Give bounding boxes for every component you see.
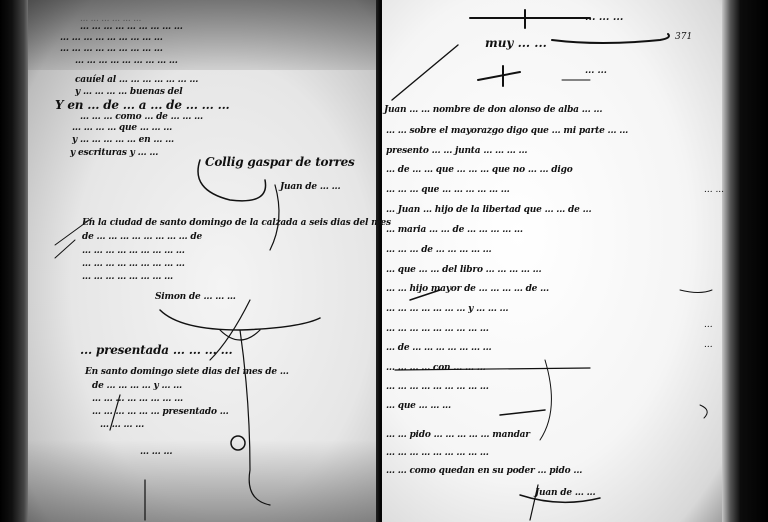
text-line: Juan ... ... nombre de don alonso de alb… (384, 105, 602, 115)
text-line: presento ... ... junta ... ... ... ... (386, 146, 527, 156)
signature-right: Juan de ... ... (535, 488, 595, 498)
text-line: ... ... ... ... que ... ... ... (72, 123, 172, 133)
text-line: ... ... ... ... ... ... ... ... (82, 272, 173, 282)
text-line: ... ... ... ... con ... ... ... (386, 363, 486, 373)
text-line: ... ... ... ... ... ... ... ... ... (82, 259, 185, 269)
right-heading: muy ... ... (485, 36, 547, 50)
signature-simon: Simon de ... ... ... (155, 292, 236, 302)
text-line: ... que ... ... ... (386, 401, 451, 411)
text-line: ... ... ... ... ... ... ... ... ... (80, 22, 183, 32)
text-line: ... ... hijo mayor de ... ... ... ... de… (386, 284, 549, 294)
text-line: ... que ... ... del libro ... ... ... ..… (386, 265, 541, 275)
left-heading-presentada: ... presentada ... ... ... ... (80, 343, 233, 357)
text-line: ... ... sobre el mayorazgo digo que ... … (386, 126, 628, 136)
text-line: ... ... ... ... ... ... ... ... ... (386, 382, 489, 392)
text-line: ... ... ... ... ... ... ... ... ... (75, 56, 178, 66)
text-line: ... ... pido ... ... ... ... ... mandar (386, 430, 530, 440)
text-line: ... ... ... que ... ... ... ... ... ... (386, 185, 510, 195)
text-line: ... ... ... ... ... ... ... ... ... (386, 324, 489, 334)
text-line: cauíel al ... ... ... ... ... ... ... (75, 75, 198, 85)
signature-gaspar: Collig gaspar de torres (205, 155, 355, 169)
left-book-edge (0, 0, 30, 522)
left-page-stain-bottom (28, 440, 382, 522)
text-line: ... ... ... ... ... ... ... ... (92, 394, 183, 404)
signature-bottom-left: ... ... ... (140, 447, 172, 457)
right-book-edge (722, 0, 768, 522)
margin-note: ... ... (704, 185, 724, 195)
right-page (382, 0, 722, 522)
text-line: ... ... ... ... ... ... presentado ... (92, 407, 229, 417)
signature-juan: Juan de ... ... (280, 182, 340, 192)
text-line: ... ... ... como ... de ... ... ... (80, 112, 203, 122)
text-line: ... Juan ... hijo de la libertad que ...… (386, 205, 591, 215)
text-line: de ... ... ... ... ... ... ... ... de (82, 232, 202, 242)
text-line: ... ... ... ... ... ... ... y ... ... ..… (386, 304, 508, 314)
text-line: ... ... ... ... ... ... ... ... ... (60, 33, 163, 43)
text-line: ... maria ... ... de ... ... ... ... ... (386, 225, 523, 235)
text-line: ... ... ... ... ... ... ... ... ... (82, 246, 185, 256)
right-subheading: ... ... (585, 66, 607, 76)
text-line: ... de ... ... ... ... ... ... ... (386, 343, 492, 353)
text-line: Y en ... de ... a ... de ... ... ... (55, 98, 230, 112)
text-line: ... ... ... ... ... ... ... ... ... (386, 448, 489, 458)
text-line: y ... ... ... ... buenas del (75, 87, 182, 97)
text-line: ... ... ... ... (100, 420, 144, 430)
text-line: y escrituras y ... ... (70, 148, 158, 158)
text-line: ... ... ... ... ... ... ... ... ... (60, 44, 163, 54)
folio-number: 371 (675, 32, 692, 42)
text-line: En la ciudad de santo domingo de la calz… (82, 218, 391, 228)
manuscript-spread: ... ... ... ... ... ... ... ... ... ... … (0, 0, 768, 522)
text-line: En santo domingo siete dias del mes de .… (85, 367, 289, 377)
text-line: ... ... ... de ... ... ... ... ... (386, 245, 492, 255)
text-line: de ... ... ... ... y ... ... (92, 381, 182, 391)
text-line: ... ... como quedan en su poder ... pido… (386, 466, 582, 476)
margin-note: ... (704, 340, 713, 350)
text-line: ... de ... ... que ... ... ... que no ..… (386, 165, 573, 175)
margin-note: ... (704, 320, 713, 330)
right-header: ... ... ... (585, 12, 623, 23)
text-line: y ... ... ... ... ... en ... ... (72, 135, 174, 145)
